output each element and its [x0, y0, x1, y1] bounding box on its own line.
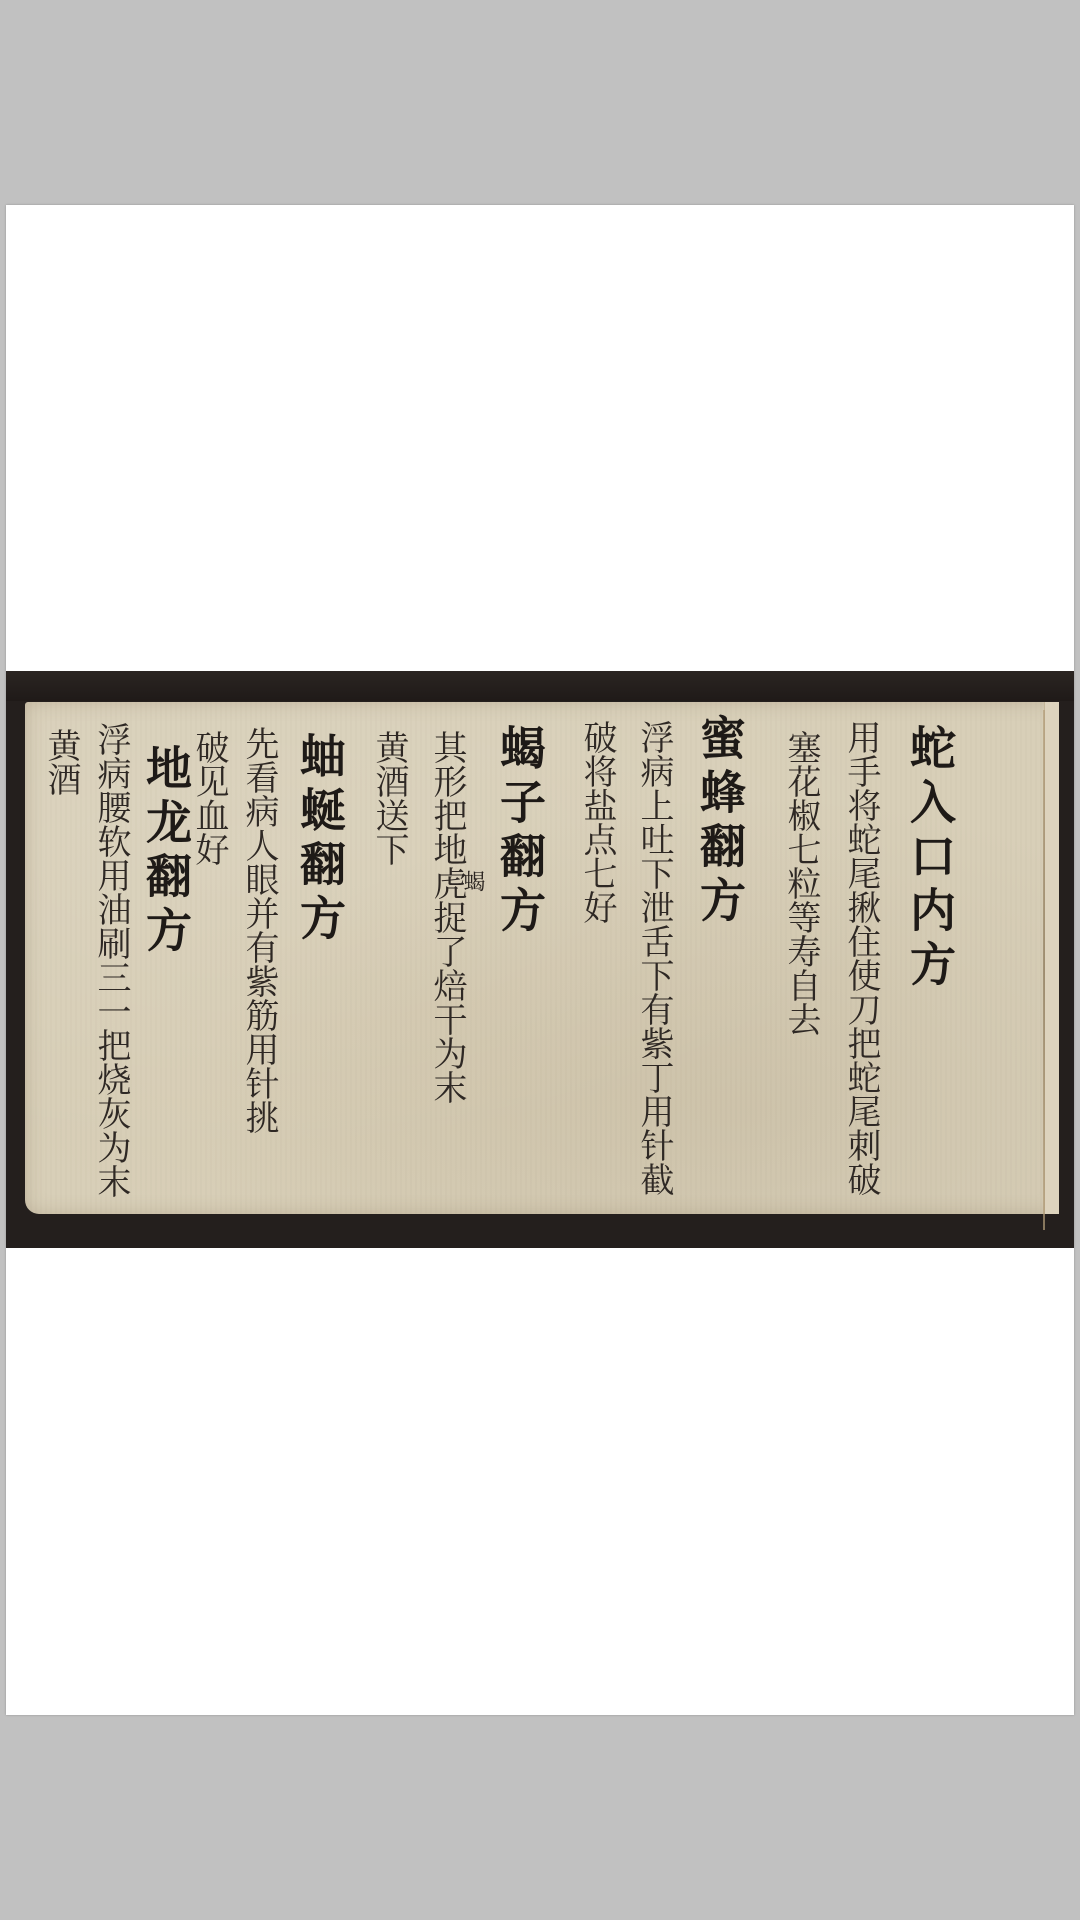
remedy-line: 其形把地虎捉了焙干为末: [423, 730, 472, 1104]
remedy-line: 塞花椒七粒等寿自去: [777, 730, 826, 1036]
remedy-line: 黄酒: [37, 728, 86, 796]
remedy-line: 破将盐点七好: [573, 720, 622, 924]
image-viewer-card: 蛇入口内方 用手将蛇尾揪住使刀把蛇尾刺破 塞花椒七粒等寿自去 蜜蜂翻方 浮病上吐…: [6, 205, 1074, 1715]
heading-earthworm: 地龙翻方: [133, 744, 199, 960]
heading-scorpion: 蝎子翻方: [487, 724, 553, 940]
manuscript-scan[interactable]: 蛇入口内方 用手将蛇尾揪住使刀把蛇尾刺破 塞花椒七粒等寿自去 蜜蜂翻方 浮病上吐…: [6, 671, 1074, 1248]
remedy-line: 用手将蛇尾揪住使刀把蛇尾刺破: [837, 720, 886, 1196]
remedy-line: 浮病腰软用油刷三一把烧灰为末: [87, 722, 136, 1198]
remedy-line: 浮病上吐下泄舌下有紫丁用针截: [630, 720, 679, 1196]
remedy-line: 先看病人眼并有紫筋用针挑: [235, 726, 284, 1134]
scan-dark-border: [6, 671, 1074, 701]
marginal-note: 蝎: [457, 870, 488, 892]
heading-snake-into-mouth: 蛇入口内方: [897, 724, 963, 994]
heading-bee: 蜜蜂翻方: [687, 714, 753, 930]
heading-centipede: 蚰蜒翻方: [287, 732, 353, 948]
manuscript-paper: 蛇入口内方 用手将蛇尾揪住使刀把蛇尾刺破 塞花椒七粒等寿自去 蜜蜂翻方 浮病上吐…: [25, 702, 1059, 1214]
remedy-line: 黄酒送下: [365, 730, 414, 866]
manuscript-text-area: 蛇入口内方 用手将蛇尾揪住使刀把蛇尾刺破 塞花椒七粒等寿自去 蜜蜂翻方 浮病上吐…: [25, 702, 1059, 1214]
